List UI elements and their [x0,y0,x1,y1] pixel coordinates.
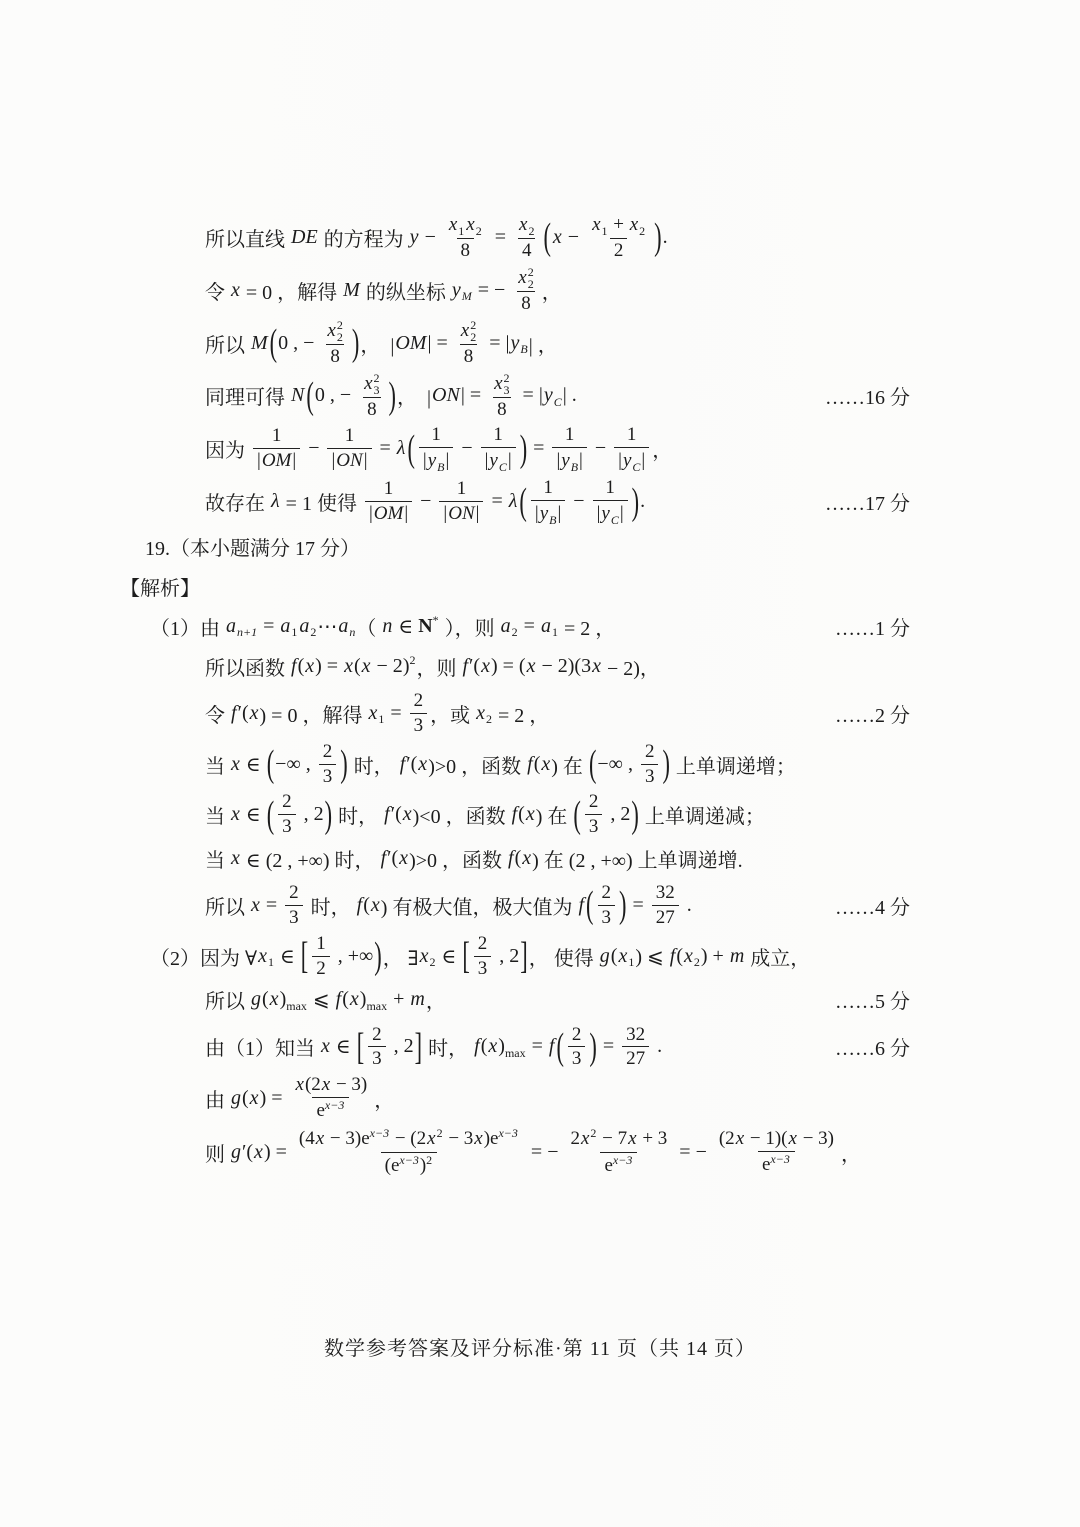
fraction: 23 [278,790,296,839]
math-text: ），则 [440,612,500,641]
numerator: 2 [410,689,428,713]
math-text: . [652,1035,662,1058]
denominator: 8 [493,397,511,422]
math-text: 3 [645,766,655,788]
math-text: ) + [701,945,729,968]
numerator: 2 [585,790,603,814]
math-text: f [473,1035,481,1058]
math-line: 同理可得 N(0 , − x238)， |ON| = x238 = |yC| .… [120,371,910,422]
big-bracket: ) [351,321,360,366]
numerator: 2x2 − 7x + 3 [566,1126,671,1152]
numerator: x22 [456,318,481,344]
sub-sup: B [520,331,527,355]
sub-sup: max [366,988,387,1012]
math-text: | [446,450,450,472]
math-text: = [528,437,549,460]
sub-sup: 1 [458,213,464,237]
sub-sup: x−3 [613,1154,632,1178]
math-line: 当 x ∈ (23 , 2) 时， f′(x)<0 ，函数 f(x) 在 (23… [120,790,910,839]
superscript: x−3 [613,1154,632,1166]
math-text: （ [356,612,381,641]
math-text: ) = 0 ，解得 [260,699,368,728]
math-text: M [342,279,361,302]
math-text: 令 [205,276,230,305]
math-text: 所以 [205,891,250,920]
math-text: 所以 [205,985,250,1014]
denominator: 3 [641,764,659,789]
denominator: ex−3 [600,1152,637,1179]
fraction: 1|yC| [614,423,649,474]
superscript: 2 [504,372,510,384]
math-text: x [517,267,527,289]
math-text: ∈ [393,614,418,639]
math-text: ， [542,276,562,305]
math-text: , 2 [299,803,324,826]
big-bracket: ( [585,883,594,928]
sub-sup: 23 [374,372,380,396]
answer-lines: 所以直线 DE 的方程为 y − x1x28 = x24(x − x1 + x2… [120,212,910,1181]
math-text: 2 [478,933,488,955]
math-text: 1 [272,425,282,447]
denominator: 4 [518,238,536,263]
subscript: 2 [694,956,700,968]
math-text: y [427,450,437,472]
math-text: x [525,803,536,826]
math-line: 所以 g(x)max ⩽ f(x)max + m，……5 分 [120,983,910,1017]
math-text: x [370,894,381,917]
fraction: 23 [568,1023,586,1072]
denominator: |ON| [327,448,371,473]
numerator: 1 [312,932,330,956]
math-text: , 2 [494,945,519,968]
math-line: 所以 x = 23 时， f(x) 有极大值，极大值为 f(23) = 3227… [120,881,910,930]
math-text: − [420,226,441,249]
math-text: 因为 [205,434,250,463]
fraction: (2x − 1)(x − 3)ex−3 [715,1127,838,1178]
denominator: 27 [622,1046,649,1071]
math-text: | ， [529,329,558,358]
superscript: 2 [337,319,343,331]
math-text: x [448,214,458,236]
math-text: x [361,655,372,678]
math-text: x [788,1128,798,1150]
superscript: x−3 [498,1127,517,1139]
denominator: ex−3 [758,1151,795,1178]
math-text: = [598,1035,619,1058]
math-text: | = [427,332,452,355]
math-text: 2 [323,741,333,763]
math-text: 27 [626,1048,645,1070]
math-text: f [290,655,298,678]
math-text: 0 , − [278,332,319,355]
sub-sup: C [499,449,507,473]
math-text: 同理可得 [205,381,290,410]
math-text: ⩽ [308,987,335,1012]
sub-sup: x−3 [370,1127,389,1151]
numerator: 1 [341,424,359,448]
math-text: y [509,332,520,355]
big-bracket: ( [542,215,551,260]
math-text: a [298,615,310,638]
fraction: 23 [285,881,303,930]
denominator: |ON| [439,501,483,526]
sub-sup: 2 [512,614,518,638]
math-text: − 3) [798,1128,834,1150]
numerator: 2 [278,790,296,814]
fraction: 23 [641,740,659,789]
math-text: f [461,655,469,678]
sub-sup: 2 [476,213,482,237]
math-text: ( [534,753,541,776]
sub-sup: n [349,614,355,638]
math-text: M [250,332,269,355]
math-line: 当 x ∈ (2 , +∞) 时， f′(x)>0 ，函数 f(x) 在 (2 … [120,841,910,875]
math-text: − [568,490,589,513]
superscript: 2 [409,654,415,666]
math-text: ∈ [275,944,300,969]
math-text: 2 [614,240,624,262]
big-bracket: [ [300,934,309,979]
math-text: (4 [299,1128,315,1150]
subscript: 2 [486,713,492,725]
denominator: 8 [517,291,535,316]
math-text: g [230,1087,242,1110]
math-text: ′( [387,847,398,870]
math-text: ) = [264,1141,292,1164]
numerator: 1 [380,477,398,501]
math-text: 1 [431,424,441,446]
sub-sup: x−3 [399,1154,418,1178]
subscript: 2 [639,225,645,237]
subscript: B [520,343,527,355]
subscript [437,1139,443,1151]
denominator: 27 [652,905,679,930]
math-text: ， | [397,381,431,410]
math-text: ) 在 [536,800,573,829]
denominator: |yC| [593,500,628,527]
math-text: − [415,490,436,513]
math-text: x [426,1128,436,1150]
sub-sup: 2 [590,1127,596,1151]
math-text: f [511,803,519,826]
math-text: = [519,615,540,638]
math-text: ，则 [416,652,461,681]
math-text: = | [484,332,509,355]
math-text: (2 [719,1128,735,1150]
math-line: 故存在 λ = 1 使得 1|OM| − 1|ON| = λ(1|yB| − 1… [120,476,910,527]
math-line: 当 x ∈ (−∞ , 23) 时， f′(x)>0 ，函数 f(x) 在 (−… [120,740,910,789]
subscript: n [349,626,355,638]
subscript: C [499,461,507,473]
sub-sup: 2 [486,701,492,725]
subscript [399,1166,418,1178]
score-mark: ……16 分 [813,381,910,410]
math-text: 0 , − [315,384,356,407]
numerator: x22 [322,318,347,344]
sub-sup: 2 [639,213,645,237]
subscript: 3 [374,384,380,396]
math-text: λ [508,490,519,513]
math-text: y [543,384,554,407]
math-text: x [249,1087,260,1110]
math-text: 8 [497,399,507,421]
math-text: x [304,655,315,678]
math-text: −∞ , [275,753,316,776]
superscript: x−3 [325,1099,344,1111]
sub-sup: 1 [552,614,558,638]
numerator: 2 [568,1023,586,1047]
fraction: 23 [410,689,428,738]
document-page: 所以直线 DE 的方程为 y − x1x28 = x24(x − x1 + x2… [0,0,1080,1527]
subscript: 1 [552,626,558,638]
numerator: 1 [601,476,619,500]
math-text: x [367,702,378,725]
math-text: − [303,437,324,460]
math-text: 3 [414,715,424,737]
math-text: x [580,1128,590,1150]
math-text: ( [481,1035,488,1058]
math-text: 2 [282,791,292,813]
score-mark: ……4 分 [823,891,910,920]
math-text: ∈ [331,1034,356,1059]
denominator: 3 [585,814,603,839]
math-text: f [507,847,515,870]
numerator: x2 [514,212,539,238]
math-text: x [249,702,260,725]
math-text: g [230,1141,242,1164]
superscript [286,988,307,1000]
subscript: 1 [458,225,464,237]
math-text: = − [526,1141,564,1164]
big-bracket: ( [305,374,314,419]
math-text: − 7 [597,1128,627,1150]
math-text: 1 [627,424,637,446]
subscript: B [571,461,578,473]
denominator: |yC| [481,447,516,474]
subscript: C [632,461,640,473]
math-text: x [230,847,241,870]
math-text: = 2 ， [493,699,549,728]
fraction: x238 [359,371,384,422]
math-text: 【解析】 [120,572,200,601]
math-text: ) 有极大值，极大值为 [381,891,578,920]
fraction: 23 [319,740,337,789]
denominator: 8 [326,344,344,369]
math-text: 8 [464,346,474,368]
subscript: 2 [528,225,534,237]
math-text: | [620,503,624,525]
math-line: 所以 M(0 , − x228)， |OM| = x228 = |yB| ， [120,318,910,369]
numerator: 2 [474,932,492,956]
math-text: x [321,1074,331,1096]
math-text: 令 [205,699,230,728]
math-text: 的纵坐标 [361,276,451,305]
numerator: 1 [268,424,286,448]
numerator: 2 [598,881,616,905]
big-bracket: ) [661,742,670,787]
subscript: B [549,514,556,526]
math-text: x [475,702,486,725]
math-text: y [600,503,610,525]
math-text: = 1 使得 [281,487,362,516]
math-text: ) = [260,1087,288,1110]
fraction: x228 [513,265,538,316]
math-text: 时， [423,1032,473,1061]
math-text: 成立， [745,942,810,971]
subscript: 2 [430,956,436,968]
math-line: 19.（本小题满分 17 分） [120,529,910,563]
math-text: = [375,437,396,460]
numerator: x1 + x2 [587,212,650,238]
math-text: . [663,226,668,249]
fraction: 1|yC| [593,476,628,527]
math-text: 8 [367,399,377,421]
score-mark: ……6 分 [823,1032,910,1061]
math-text: − 3) [331,1074,367,1096]
math-text: 2 [602,882,612,904]
fraction: x228 [322,318,347,369]
numerator: 1 [623,423,641,447]
math-text: ， 使得 [529,942,599,971]
denominator: 3 [278,814,296,839]
math-text: | [364,450,368,472]
math-text: ( [242,1087,249,1110]
subscript: 3 [504,384,510,396]
sub-sup: C [611,502,619,526]
math-text: 的方程为 [319,223,409,252]
math-text: ) [280,988,287,1011]
math-text: − 2)(3 [536,655,591,678]
math-text: x [617,945,628,968]
sub-sup: B [437,449,444,473]
fraction: 1|yB| [531,476,565,527]
math-text: x [326,320,336,342]
numerator: 32 [622,1023,649,1047]
math-text: ) ⩽ [635,944,668,969]
math-text: x [320,1035,331,1058]
math-text: OM [261,450,293,472]
math-text: x [683,945,694,968]
fraction: x(2x − 3)ex−3 [291,1073,372,1124]
sub-sup: 1 [268,944,274,968]
big-bracket: ( [266,792,275,837]
fraction: 23 [598,881,616,930]
math-text: x [269,988,280,1011]
math-text: − 3) [325,1128,361,1150]
math-text: x [487,1035,498,1058]
math-text: 当 [205,750,230,779]
math-text: e [361,1128,369,1150]
math-text: y [451,279,462,302]
math-text: = [527,1035,548,1058]
math-text: x [473,1128,483,1150]
math-text: 2 [589,791,599,813]
big-bracket: ( [406,426,415,471]
numerator: (2x − 1)(x − 3) [715,1127,838,1151]
math-text: − [456,437,477,460]
big-bracket: ) [630,792,639,837]
numerator: 32 [652,881,679,905]
math-text: 当 [205,844,230,873]
math-text: OM [394,332,427,355]
superscript: x−3 [770,1153,789,1165]
math-text: 3 [602,907,612,929]
sub-sup: x−3 [325,1099,344,1123]
math-text: 1 [345,425,355,447]
math-text: + [609,214,629,236]
numerator: 2 [641,740,659,764]
math-text: 32 [656,882,675,904]
math-text: 上单调递减； [640,800,765,829]
math-text: ∈ [241,802,266,827]
math-text: ( [354,655,361,678]
math-text: 8 [330,346,340,368]
math-text: 时， [306,891,356,920]
math-text: x [629,214,639,236]
fraction: 1|OM| [365,477,412,526]
sub-sup: 22 [470,319,476,343]
denominator: 8 [460,344,478,369]
math-text: 则 [205,1138,230,1167]
math-text: = [261,894,282,917]
math-text: ， [374,1084,394,1113]
math-text: x [257,945,268,968]
sub-sup: x−3 [770,1153,789,1177]
fraction: 3227 [622,1023,649,1072]
sub-sup: 23 [504,372,510,396]
superscript: 2 [437,1127,443,1139]
math-text: x [552,226,563,249]
numerator: 1 [539,476,557,500]
math-text: | [292,450,296,472]
math-text: (2 [305,1074,321,1096]
superscript: 2 [426,1154,432,1166]
math-line: 则 g′(x) = (4x − 3)ex−3 − (2x2 − 3x)ex−3(… [120,1126,910,1179]
math-text: ) = ( [491,655,526,678]
math-text: ) [403,655,410,678]
math-text: a [500,615,512,638]
math-text: | [579,450,583,472]
math-text: y [409,226,420,249]
math-text: 4 [522,240,532,262]
math-text: 2 [570,1128,580,1150]
math-text: x [480,655,491,678]
math-text: 3 [589,816,599,838]
score-mark: ……2 分 [823,699,910,728]
subscript: 2 [470,331,476,343]
sub-sup: 1 [378,701,384,725]
sub-sup: 2 [528,213,534,237]
big-bracket: ] [414,1024,423,1069]
math-text: 2 [289,882,299,904]
numerator: (4x − 3)ex−3 − (2x2 − 3x)ex−3 [295,1126,523,1152]
math-text: x [540,753,551,776]
math-text: f [526,753,534,776]
math-text: a [225,615,237,638]
math-text: f [230,702,238,725]
denominator: 3 [474,956,492,981]
math-text: ⋯ [317,614,337,639]
sub-sup: 2 [310,614,316,638]
math-text: − 1)( [745,1128,787,1150]
math-text: ， [426,985,446,1014]
math-text: + 3 [638,1128,668,1150]
denominator: 2 [312,956,330,981]
subscript: 2 [337,331,343,343]
math-text: 2 [572,1024,582,1046]
denominator: |yB| [419,447,453,474]
math-text: ) = [315,655,343,678]
